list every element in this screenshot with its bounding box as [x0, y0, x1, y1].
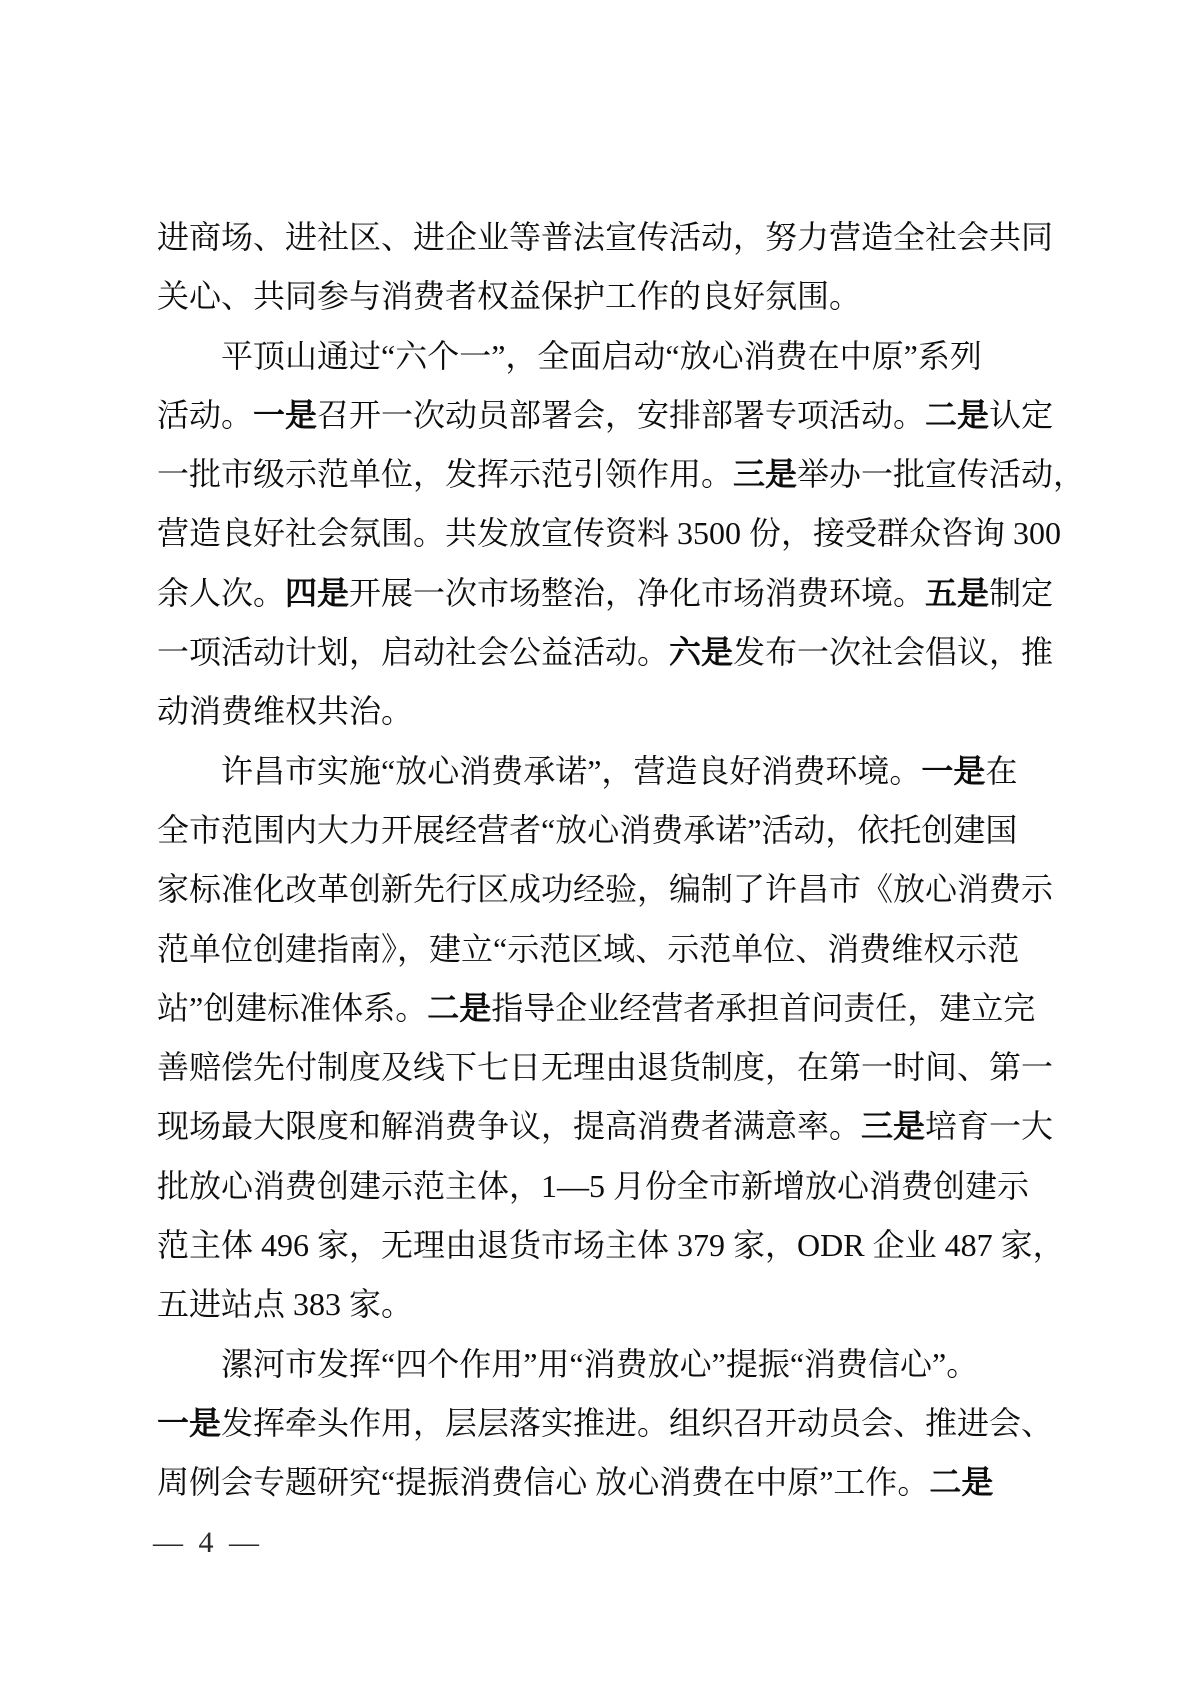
text-run: 发挥牵头作用，层层落实推进。组织召开动员会、推进会、 — [221, 1405, 1053, 1441]
bold-text-run: 三是 — [733, 456, 797, 492]
bold-text-run: 三是 — [861, 1108, 925, 1144]
text-line: 站”创建标准体系。二是指导企业经营者承担首问责任，建立完 — [157, 979, 1052, 1038]
text-line: 动消费维权共治。 — [157, 682, 1052, 741]
text-line: 余人次。四是开展一次市场整治，净化市场消费环境。五是制定 — [157, 564, 1052, 623]
bold-text-run: 一是 — [157, 1405, 221, 1441]
text-line: 批放心消费创建示范主体，1—5 月份全市新增放心消费创建示 — [157, 1157, 1052, 1216]
text-line: 家标准化改革创新先行区成功经验，编制了许昌市《放心消费示 — [157, 860, 1052, 919]
text-run: 站”创建标准体系。 — [157, 990, 427, 1026]
bold-text-run: 二是 — [929, 1464, 993, 1500]
text-run: 漯河市发挥“四个作用”用“消费放心”提振“消费信心”。 — [221, 1346, 978, 1382]
text-run: 现场最大限度和解消费争议，提高消费者满意率。 — [157, 1108, 861, 1144]
text-run: 全市范围内大力开展经营者“放心消费承诺”活动，依托创建国 — [157, 812, 1017, 848]
text-line: 进商场、进社区、进企业等普法宣传活动，努力营造全社会共同 — [157, 208, 1052, 267]
text-line: 营造良好社会氛围。共发放宣传资料 3500 份，接受群众咨询 300 — [157, 504, 1052, 563]
text-run: 平顶山通过“六个一”，全面启动“放心消费在中原”系列 — [221, 338, 982, 374]
text-run: 营造良好社会氛围。共发放宣传资料 3500 份，接受群众咨询 300 — [157, 515, 1061, 551]
text-run: 制定 — [989, 575, 1053, 611]
text-run: 善赔偿先付制度及线下七日无理由退货制度，在第一时间、第一 — [157, 1049, 1053, 1085]
text-line: 漯河市发挥“四个作用”用“消费放心”提振“消费信心”。 — [157, 1335, 1052, 1394]
text-line: 五进站点 383 家。 — [157, 1275, 1052, 1334]
text-run: 家标准化改革创新先行区成功经验，编制了许昌市《放心消费示 — [157, 871, 1053, 907]
text-run: 周例会专题研究“提振消费信心 放心消费在中原”工作。 — [157, 1464, 929, 1500]
text-run: 关心、共同参与消费者权益保护工作的良好氛围。 — [157, 278, 861, 314]
text-run: 认定 — [989, 397, 1053, 433]
text-run: 开展一次市场整治，净化市场消费环境。 — [349, 575, 925, 611]
text-run: 范主体 496 家，无理由退货市场主体 379 家，ODR 企业 487 家， — [157, 1227, 1065, 1263]
text-line: 活动。一是召开一次动员部署会，安排部署专项活动。二是认定 — [157, 386, 1052, 445]
text-run: 动消费维权共治。 — [157, 693, 413, 729]
text-run: 五进站点 383 家。 — [157, 1286, 413, 1322]
text-line: 一项活动计划，启动社会公益活动。六是发布一次社会倡议，推 — [157, 623, 1052, 682]
document-page: 进商场、进社区、进企业等普法宣传活动，努力营造全社会共同关心、共同参与消费者权益… — [0, 0, 1200, 1697]
document-body: 进商场、进社区、进企业等普法宣传活动，努力营造全社会共同关心、共同参与消费者权益… — [157, 208, 1052, 1513]
text-run: 活动。 — [157, 397, 253, 433]
text-run: 一批市级示范单位，发挥示范引领作用。 — [157, 456, 733, 492]
bold-text-run: 二是 — [427, 990, 491, 1026]
page-number: — 4 — — [153, 1523, 263, 1563]
text-run: 在 — [985, 753, 1017, 789]
text-line: 一批市级示范单位，发挥示范引领作用。三是举办一批宣传活动， — [157, 445, 1052, 504]
text-run: 范单位创建指南》，建立“示范区域、示范单位、消费维权示范 — [157, 931, 1019, 967]
text-run: 培育一大 — [925, 1108, 1053, 1144]
text-line: 平顶山通过“六个一”，全面启动“放心消费在中原”系列 — [157, 327, 1052, 386]
bold-text-run: 五是 — [925, 575, 989, 611]
text-run: 指导企业经营者承担首问责任，建立完 — [491, 990, 1035, 1026]
text-line: 全市范围内大力开展经营者“放心消费承诺”活动，依托创建国 — [157, 801, 1052, 860]
text-run: 批放心消费创建示范主体，1—5 月份全市新增放心消费创建示 — [157, 1168, 1029, 1204]
text-run: 进商场、进社区、进企业等普法宣传活动，努力营造全社会共同 — [157, 219, 1053, 255]
text-line: 善赔偿先付制度及线下七日无理由退货制度，在第一时间、第一 — [157, 1038, 1052, 1097]
text-line: 范单位创建指南》，建立“示范区域、示范单位、消费维权示范 — [157, 920, 1052, 979]
text-line: 范主体 496 家，无理由退货市场主体 379 家，ODR 企业 487 家， — [157, 1216, 1052, 1275]
text-run: 发布一次社会倡议，推 — [733, 634, 1053, 670]
text-line: 周例会专题研究“提振消费信心 放心消费在中原”工作。二是 — [157, 1453, 1052, 1512]
text-line: 许昌市实施“放心消费承诺”，营造良好消费环境。一是在 — [157, 742, 1052, 801]
text-run: 许昌市实施“放心消费承诺”，营造良好消费环境。 — [221, 753, 921, 789]
bold-text-run: 二是 — [925, 397, 989, 433]
text-line: 一是发挥牵头作用，层层落实推进。组织召开动员会、推进会、 — [157, 1394, 1052, 1453]
bold-text-run: 一是 — [921, 753, 985, 789]
text-run: 余人次。 — [157, 575, 285, 611]
bold-text-run: 一是 — [253, 397, 317, 433]
text-run: 一项活动计划，启动社会公益活动。 — [157, 634, 669, 670]
text-line: 现场最大限度和解消费争议，提高消费者满意率。三是培育一大 — [157, 1097, 1052, 1156]
text-run: 召开一次动员部署会，安排部署专项活动。 — [317, 397, 925, 433]
bold-text-run: 四是 — [285, 575, 349, 611]
text-line: 关心、共同参与消费者权益保护工作的良好氛围。 — [157, 267, 1052, 326]
text-run: 举办一批宣传活动， — [797, 456, 1085, 492]
bold-text-run: 六是 — [669, 634, 733, 670]
